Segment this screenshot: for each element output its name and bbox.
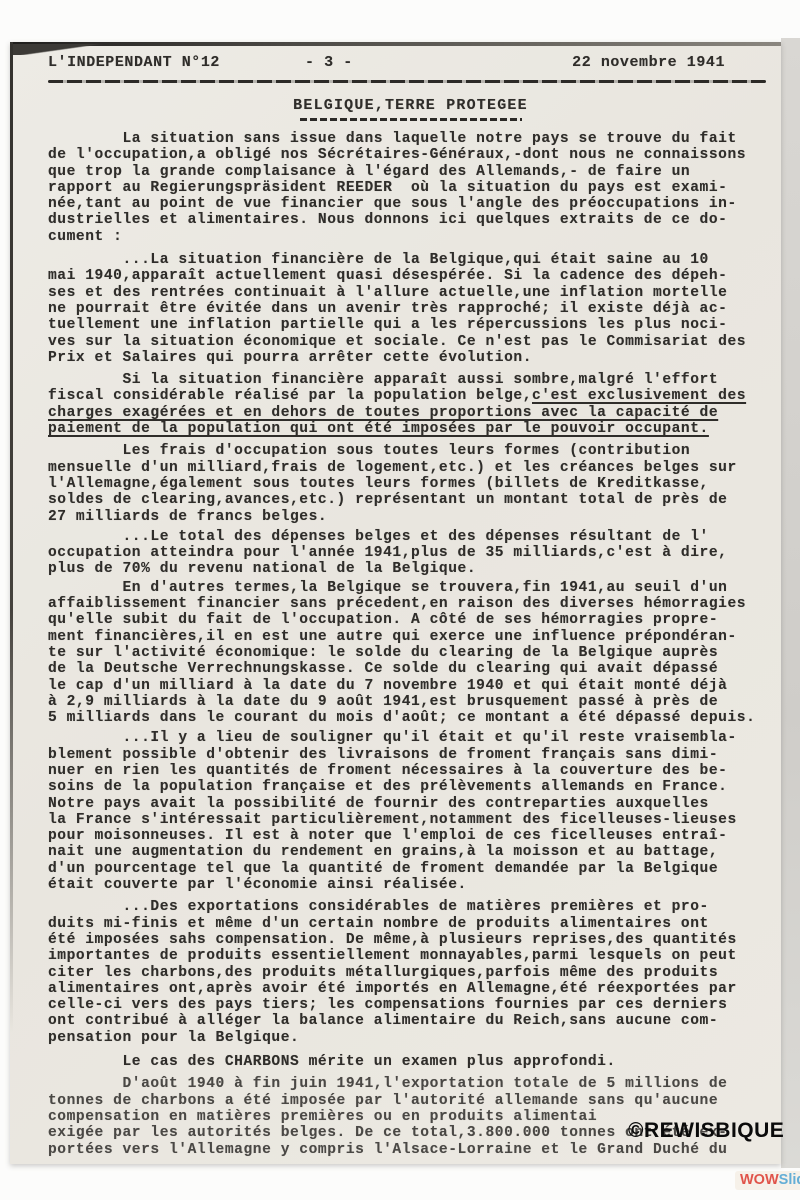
document-page: L'INDEPENDANT N°12 - 3 - 22 novembre 194… [10, 42, 781, 1164]
page-header: L'INDEPENDANT N°12 - 3 - 22 novembre 194… [48, 54, 773, 72]
paragraph-charbons-lead: Le cas des CHARBONS mérite un examen plu… [48, 1054, 773, 1070]
wowslider-badge[interactable]: WOWSlider [735, 1171, 800, 1190]
paragraph-intro: La situation sans issue dans laquelle no… [48, 131, 773, 245]
title-underline [300, 118, 522, 121]
paragraph-fiscal-effort: Si la situation financière apparaît auss… [48, 372, 773, 437]
paragraph-total-expenses: ...Le total des dépenses belges et des d… [48, 529, 773, 578]
paragraph-occupation-costs: Les frais d'occupation sous toutes leurs… [48, 443, 773, 524]
paragraph-wheat-deliveries: ...Il y a lieu de souligner qu'il était … [48, 730, 773, 893]
article-title: BELGIQUE,TERRE PROTEGEE [48, 97, 773, 115]
copyright-watermark: ©REWISBIQUE [628, 1119, 784, 1143]
page-content: L'INDEPENDANT N°12 - 3 - 22 novembre 194… [10, 42, 781, 1164]
scanned-page-scene: L'INDEPENDANT N°12 - 3 - 22 novembre 194… [0, 0, 800, 1200]
issue-date: 22 novembre 1941 [572, 54, 725, 72]
wowslider-badge-wow: WOW [740, 1172, 779, 1188]
publication-title: L'INDEPENDANT N°12 [48, 54, 220, 71]
paragraph-financial-situation: ...La situation financière de la Belgiqu… [48, 252, 773, 366]
page-number: - 3 - [305, 54, 353, 72]
header-divider-rule [48, 80, 766, 83]
scan-background-strip [781, 38, 800, 1168]
paragraph-exports: ...Des exportations considérables de mat… [48, 899, 773, 1046]
wowslider-badge-slider: Slider [779, 1172, 800, 1188]
paragraph-coal-exports: D'août 1940 à fin juin 1941,l'exportatio… [48, 1076, 773, 1157]
paragraph-clearing-balance: En d'autres termes,la Belgique se trouve… [48, 580, 773, 727]
